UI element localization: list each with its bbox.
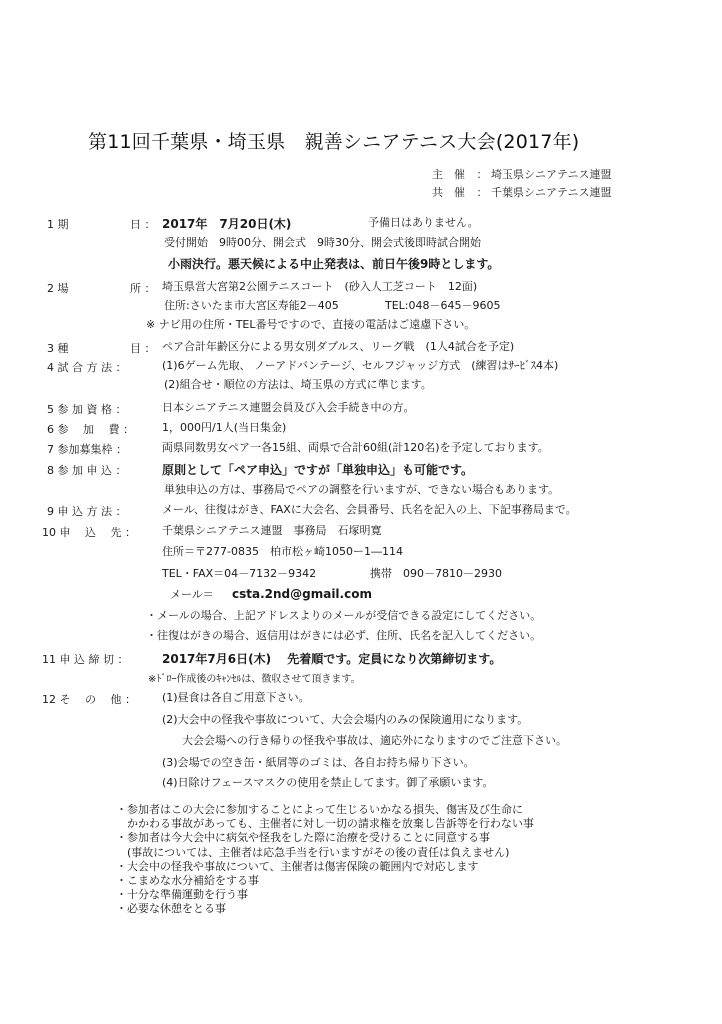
separator: ： xyxy=(477,186,488,199)
organizer-host: 主 催 ： 埼玉県シニアテニス連盟 xyxy=(432,166,612,182)
organizer-name: 千葉県シニアテニス連盟 xyxy=(491,186,612,199)
organizer-role: 共 催 xyxy=(432,186,465,199)
deadline: 2017年7月6日(木) 先着順です。定員になり次第締切ます。 xyxy=(162,650,501,667)
item-number: 2 場 xyxy=(47,280,69,296)
other-4: (4)日除けフェースマスクの使用を禁止してます。御了承願います。 xyxy=(162,776,494,790)
item-label: 5 参 加 資 格 ： xyxy=(47,401,127,417)
contact-address: 住所＝〒277-0835 柏市松ヶ崎1050ー1―114 xyxy=(162,545,403,559)
other-3: (3)会場での空き缶・紙屑等のゴミは、各自お持ち帰り下さい。 xyxy=(162,756,475,770)
match-rules: (1)6ゲーム先取、 ノーアドバンテージ、セルフジャッジ方式 (練習はｻｰﾋﾞｽ… xyxy=(162,359,558,373)
application-policy: 原則として「ペア申込」ですが「単独申込」も可能です。 xyxy=(162,461,473,478)
event-type: ペア合計年齢区分による男女別ダブルス、リーグ戦 (1人4試合を予定) xyxy=(162,340,514,354)
separator: ： xyxy=(477,168,488,181)
other-2: (2)大会中の怪我や事故について、大会会場内のみの保険適用になります。 xyxy=(162,713,528,727)
note-line: ・十分な準備運動を行う事 xyxy=(116,888,534,902)
item-label: 7 参加募集枠 ： xyxy=(47,441,127,457)
venue-name: 埼玉県営大宮第2公園テニスコート (砂入人工芝コート 12面) xyxy=(162,280,477,294)
note-line: かかわる事故があっても、主催者に対し一切の請求権を放棄し告訴等を行わない事 xyxy=(116,817,534,831)
venue-note: ※ ナビ用の住所・TEL番号ですので、直接の電話はご遠慮下さい。 xyxy=(146,318,475,332)
venue-tel: TEL:048－645－9605 xyxy=(385,299,501,313)
note-line: ・こまめな水分補給をする事 xyxy=(116,874,534,888)
item-label: 8 参 加 申 込 ： xyxy=(47,462,127,478)
note-line: ・必要な休憩をとる事 xyxy=(116,902,534,916)
contact-telfax: TEL・FAX＝04－7132－9342 xyxy=(162,567,316,581)
other-1: (1)昼食は各自ご用意下さい。 xyxy=(162,691,310,705)
notes-block: ・参加者はこの大会に参加することによって生じるいかなる損失、傷害及び生命に かか… xyxy=(116,803,534,917)
note-line: (事故については、主催者は応急手当を行いますがその後の責任は負えません) xyxy=(116,846,534,860)
item-number: 3 種 xyxy=(47,340,69,356)
contact-org: 千葉県シニアテニス連盟 事務局 石塚明寛 xyxy=(162,524,382,538)
organizer-name: 埼玉県シニアテニス連盟 xyxy=(491,168,612,181)
item-label: 9 申 込 方 法 ： xyxy=(47,503,127,519)
venue-address: 住所:さいたま市大宮区寿能2－405 xyxy=(164,299,339,313)
note-line: ・大会中の怪我や事故について、主催者は傷害保険の範囲内で対応します xyxy=(116,860,534,874)
contact-mail-label: メール＝ xyxy=(170,588,214,602)
no-reserve-day: 予備日はありません。 xyxy=(368,216,479,230)
application-method: メール、往復はがき、FAXに大会名、会員番号、氏名を記入の上、下記事務局まで。 xyxy=(162,503,577,517)
other-2b: 大会会場への行き帰りの怪我や事故は、適応外になりますのでご注意下さい。 xyxy=(182,734,567,748)
match-rules-2: (2)組合せ・順位の方法は、埼玉県の方式に準じます。 xyxy=(164,378,432,392)
organizer-role: 主 催 xyxy=(432,168,465,181)
entry-fee: 1，000円/1人(当日集金) xyxy=(162,421,286,435)
event-date: 2017年 7月20日(木) xyxy=(162,215,291,232)
item-label: 日 ： xyxy=(130,216,156,232)
note-line: ・参加者はこの大会に参加することによって生じるいかなる損失、傷害及び生命に xyxy=(116,803,534,817)
capacity: 両県同数男女ペア一各15組、両県で合計60組(計120名)を予定しております。 xyxy=(162,441,549,455)
item-label: 6 参 加 費 ： xyxy=(47,421,134,437)
item-label: 4 試 合 方 法 ： xyxy=(47,359,127,375)
item-label: 12 そ の 他 ： xyxy=(42,691,136,707)
eligibility: 日本シニアテニス連盟会員及び入会手続き中の方。 xyxy=(162,401,415,415)
page-title: 第11回千葉県・埼玉県 親善シニアテニス大会(2017年) xyxy=(88,127,579,154)
rain-policy: 小雨決行。悪天候による中止発表は、前日午後9時とします。 xyxy=(168,255,499,272)
item-number: 1 期 xyxy=(47,216,69,232)
item-label: 目 ： xyxy=(130,340,156,356)
item-label: 所 ： xyxy=(130,280,156,296)
contact-mobile: 携帯 090－7810－2930 xyxy=(370,567,502,581)
item-label: 11 申 込 締 切 ： xyxy=(42,651,129,667)
organizer-cohost: 共 催 ： 千葉県シニアテニス連盟 xyxy=(432,184,612,200)
contact-bullet: ・往復はがきの場合、返信用はがきには必ず、住所、氏名を記入してください。 xyxy=(146,629,541,643)
schedule-line: 受付開始 9時00分、開会式 9時30分、開会式後即時試合開始 xyxy=(164,236,481,250)
item-label: 10 申 込 先 ： xyxy=(42,524,136,540)
cancellation-note: ※ﾄﾞﾛｰ作成後のｷｬﾝｾﾙは、徴収させて頂きます。 xyxy=(148,670,361,685)
contact-email-link[interactable]: csta.2nd@gmail.com xyxy=(232,587,372,601)
contact-bullet: ・メールの場合、上記アドレスよりのメールが受信できる設定にしてください。 xyxy=(146,609,541,623)
single-entry-note: 単独申込の方は、事務局でペアの調整を行いますが、できない場合もあります。 xyxy=(164,483,559,497)
note-line: ・参加者は今大会中に病気や怪我をした際に治療を受けることに同意する事 xyxy=(116,831,534,845)
